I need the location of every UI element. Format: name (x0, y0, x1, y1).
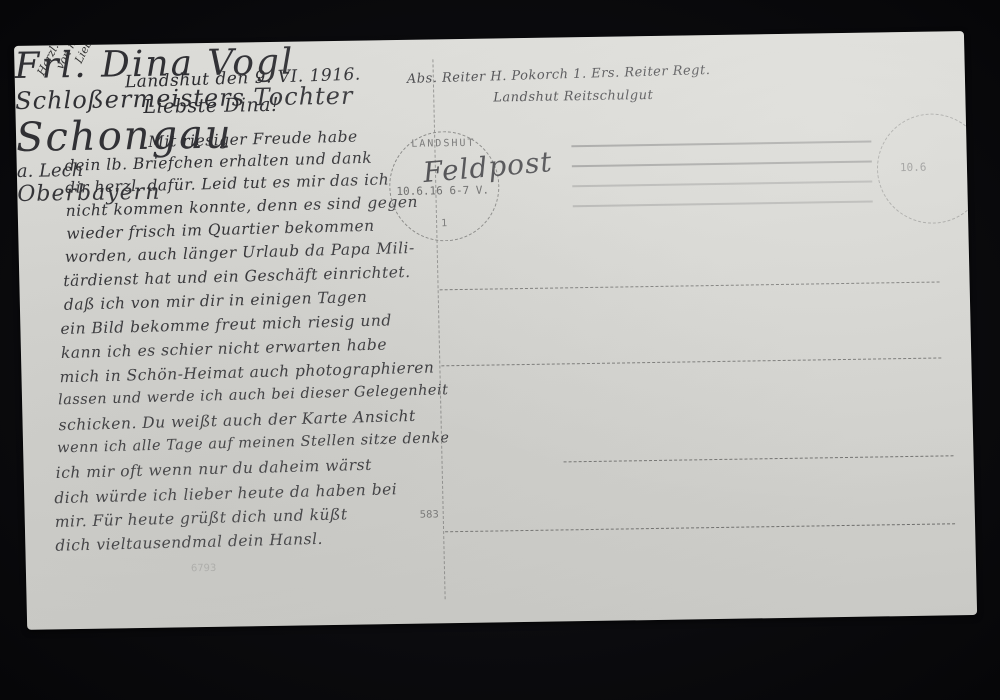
publisher-number: 583 (420, 509, 439, 520)
postcard: Herzl. Grüße von mir Liebe Landshut den … (14, 31, 977, 630)
message-line: schicken. Du weißt auch der Karte Ansich… (58, 407, 416, 434)
message-line: tärdienst hat und ein Geschäft einrichte… (63, 263, 411, 290)
message-line: wieder frisch im Quartier bekommen (66, 217, 375, 243)
faint-print-mark: 6793 (191, 563, 217, 574)
message-line: dich vieltausendmal dein Hansl. (55, 530, 323, 555)
sender-line: Landshut Reitschulgut (493, 88, 653, 106)
message-line: ein Bild bekomme freut mich riesig und (60, 311, 392, 338)
message-line: dich würde ich lieber heute da haben bei (54, 480, 398, 507)
message-line: ich mir oft wenn nur du daheim wärst (55, 456, 372, 482)
message-line: kann ich es schier nicht erwarten habe (61, 335, 388, 362)
message-line: lassen und werde ich auch bei dieser Gel… (58, 382, 449, 408)
address-line (564, 455, 954, 462)
message-line: wenn ich alle Tage auf meinen Stellen si… (57, 430, 450, 456)
message-line: mir. Für heute grüßt dich und küßt (55, 505, 348, 531)
address-line (441, 357, 941, 366)
message-line: worden, auch länger Urlaub da Papa Mili- (65, 239, 415, 266)
postmark-town: LANDSHUT (411, 138, 475, 150)
message-line: mich in Schön-Heimat auch photographiere… (59, 358, 434, 386)
message-line: daß ich von mir dir in einigen Tagen (64, 288, 368, 314)
salutation: Liebste Dina! (143, 94, 279, 118)
address-line (445, 523, 955, 532)
arrival-postmark-date: 10.6 (900, 161, 927, 174)
cancellation-line (573, 201, 873, 208)
postmark-number: 1 (441, 218, 447, 229)
address-line (440, 281, 940, 290)
